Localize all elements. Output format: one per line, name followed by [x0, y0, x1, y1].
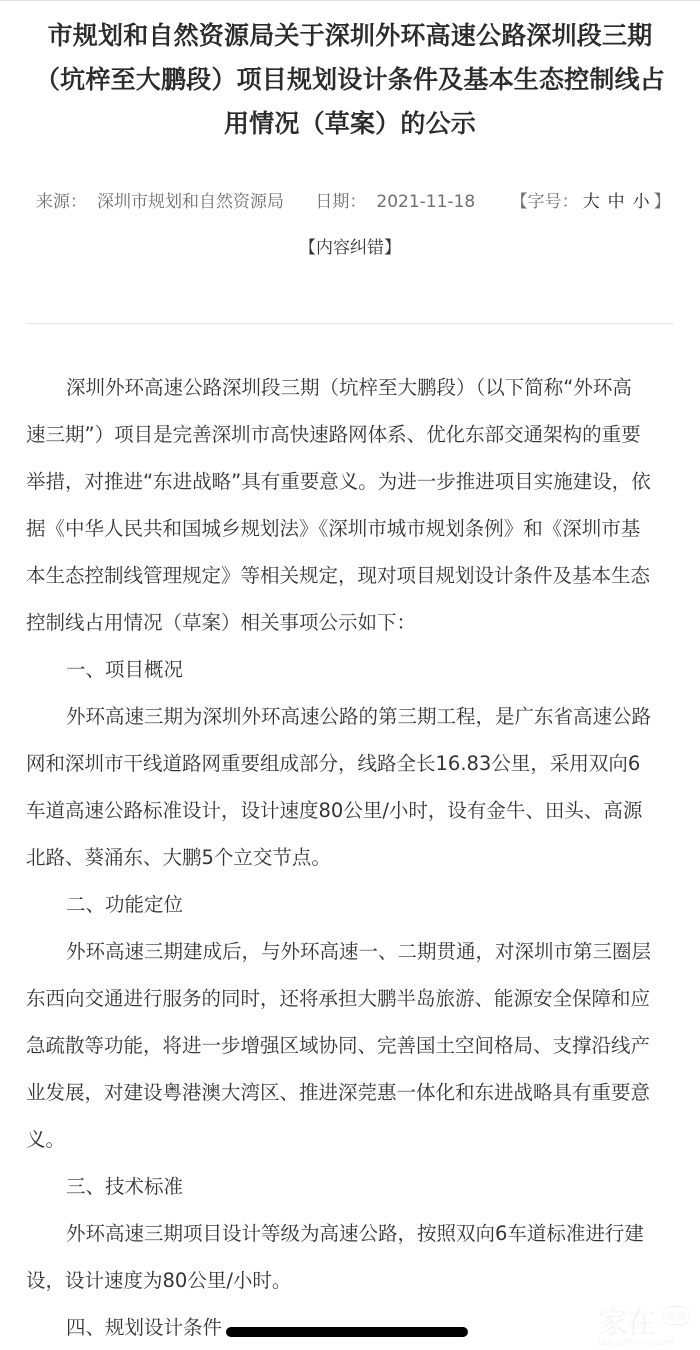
- watermark-logo: 家在 深圳 bbs.szhome.com: [598, 1298, 698, 1348]
- source-value: 深圳市规划和自然资源局: [97, 189, 284, 215]
- body-line: 外环高速三期为深圳外环高速公路的第三期工程，是广东省高速公路: [26, 693, 676, 740]
- body-line: 车道高速公路标准设计，设计速度80公里/小时，设有金牛、田头、高源: [26, 787, 676, 834]
- body-line: 外环高速三期项目设计等级为高速公路，按照双向6车道标准进行建: [26, 1210, 676, 1257]
- body-line: 控制线占用情况（草案）相关事项公示如下：: [26, 599, 676, 646]
- section-heading: 三、技术标准: [26, 1163, 676, 1210]
- font-size-small-button[interactable]: 小: [633, 189, 650, 215]
- font-size-close-bracket: 】: [654, 189, 671, 215]
- body-line: 深圳外环高速公路深圳段三期（坑梓至大鹏段）（以下简称“外环高: [26, 364, 676, 411]
- body-line: 网和深圳市干线道路网重要组成部分，线路全长16.83公里，采用双向6: [26, 740, 676, 787]
- article-meta: 来源：深圳市规划和自然资源局 日期：2021-11-18 【字号：大中小】: [36, 189, 676, 215]
- font-size-label: 【字号：: [511, 189, 579, 215]
- body-line: 东西向交通进行服务的同时，还将承担大鹏半岛旅游、能源安全保障和应: [26, 975, 676, 1022]
- watermark-main-text: 家在: [598, 1298, 654, 1342]
- font-size-medium-button[interactable]: 中: [608, 189, 625, 215]
- home-indicator-bar[interactable]: [226, 1327, 468, 1337]
- title-line: 用情况（草案）的公示: [20, 102, 680, 146]
- section-heading: 二、功能定位: [26, 881, 676, 928]
- body-line: 本生态控制线管理规定》等相关规定，现对项目规划设计条件及基本生态: [26, 552, 676, 599]
- date-label: 日期：: [315, 189, 366, 215]
- body-line: 业发展，对建设粤港澳大湾区、推进深莞惠一体化和东进战略具有重要意: [26, 1069, 676, 1116]
- watermark-url: bbs.szhome.com: [598, 1338, 674, 1348]
- content-correction-link[interactable]: 【内容纠错】: [0, 235, 700, 261]
- date-value: 2021-11-18: [376, 189, 475, 215]
- title-line: 市规划和自然资源局关于深圳外环高速公路深圳段三期: [20, 14, 680, 58]
- body-line: 外环高速三期建成后，与外环高速一、二期贯通，对深圳市第三圈层: [26, 928, 676, 975]
- body-line: 举措，对推进“东进战略”具有重要意义。为进一步推进项目实施建设，依: [26, 458, 676, 505]
- divider: [26, 323, 674, 324]
- body-line: 据《中华人民共和国城乡规划法》《深圳市城市规划条例》和《深圳市基: [26, 505, 676, 552]
- article-title: 市规划和自然资源局关于深圳外环高速公路深圳段三期 （坑梓至大鹏段）项目规划设计条…: [20, 14, 680, 146]
- body-line: 义。: [26, 1116, 676, 1163]
- body-line: 急疏散等功能，将进一步增强区域协同、完善国土空间格局、支撑沿线产: [26, 1022, 676, 1069]
- watermark-badge: 深圳: [662, 1306, 690, 1325]
- section-heading: 一、项目概况: [26, 646, 676, 693]
- source-label: 来源：: [36, 189, 87, 215]
- body-line: 设，设计速度为80公里/小时。: [26, 1257, 676, 1304]
- font-size-large-button[interactable]: 大: [583, 189, 600, 215]
- article-body: 深圳外环高速公路深圳段三期（坑梓至大鹏段）（以下简称“外环高 速三期”）项目是完…: [26, 364, 676, 1350]
- title-line: （坑梓至大鹏段）项目规划设计条件及基本生态控制线占: [20, 58, 680, 102]
- top-border: [0, 0, 700, 1]
- body-line: 速三期”）项目是完善深圳市高快速路网体系、优化东部交通架构的重要: [26, 411, 676, 458]
- body-line: 北路、葵涌东、大鹏5个立交节点。: [26, 834, 676, 881]
